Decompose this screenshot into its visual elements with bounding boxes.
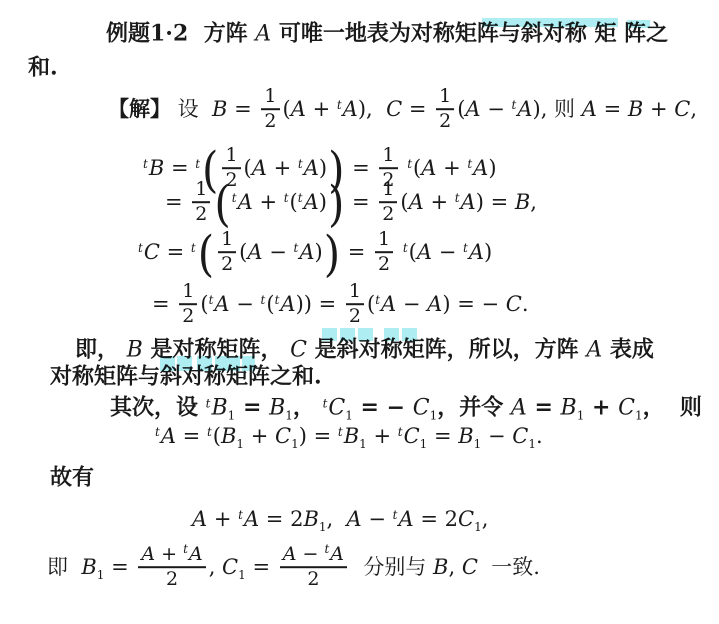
fraction: 12 — [218, 228, 236, 276]
transpose-superscript: t — [455, 192, 460, 206]
text-run: 2 — [264, 110, 276, 132]
uniqueness-derivation: tA = t(B1 + C1) = tB1 + tC1 = B1 − C1. — [155, 423, 543, 449]
derivation-tC-step2: = 12(tA − t(tA)) = 12(tA − A) = − C. — [152, 282, 529, 330]
transpose-superscript: t — [207, 425, 212, 439]
transpose-superscript: t — [232, 192, 237, 206]
line-text: 对称矩阵与斜对称矩阵之和. — [50, 364, 322, 389]
text-run: + — [367, 424, 398, 448]
fraction: 12 — [192, 178, 210, 226]
text-run: 2 — [307, 568, 319, 590]
math-variable: A — [161, 424, 176, 448]
line-text: 和. — [28, 55, 58, 80]
transpose-superscript: t — [298, 192, 303, 206]
math-variable: A — [291, 98, 306, 122]
text-run: ) = − — [442, 293, 505, 317]
text-run: )) = — [296, 293, 343, 317]
math-variable: B — [127, 337, 143, 362]
text-run: = 2 — [259, 507, 303, 531]
text-run: 1 — [439, 85, 451, 107]
math-variable: C — [275, 424, 291, 448]
math-variable: B — [149, 157, 164, 181]
math-variable: B — [212, 98, 227, 122]
text-run: = — [527, 394, 561, 420]
math-variable: A — [299, 241, 314, 265]
equation: tA = t(B1 + C1) = tB1 + tC1 = B1 − C1. — [155, 424, 543, 448]
text-run: 其次，设 — [110, 394, 206, 420]
text-run: 2 — [382, 203, 394, 225]
text-run: 2 — [182, 305, 194, 327]
fraction: 12 — [179, 280, 197, 328]
text-run: 2 — [378, 253, 390, 275]
text-run: 1 — [349, 280, 361, 302]
text-run: 1 — [378, 228, 390, 250]
text-run: 故有 — [50, 464, 94, 490]
math-variable: B — [269, 395, 285, 420]
math-variable: A — [461, 191, 476, 215]
text-run: 1 — [225, 144, 237, 166]
text-run: + — [584, 394, 618, 420]
math-variable: B — [515, 191, 530, 215]
text-run — [188, 20, 203, 46]
math-variable: A — [192, 507, 207, 531]
equation: tB = t(12(A + tA)) = 12 t(A + tA) — [143, 157, 497, 181]
transpose-superscript: t — [398, 425, 403, 439]
transpose-superscript: t — [467, 158, 472, 172]
text-run — [396, 241, 403, 265]
transpose-superscript: t — [209, 294, 214, 308]
subscript: 1 — [285, 408, 293, 422]
math-variable: B — [221, 424, 236, 448]
transpose-superscript: t — [298, 158, 303, 172]
transpose-superscript: t — [337, 99, 342, 113]
math-variable: A — [214, 293, 229, 317]
transpose-superscript: t — [324, 542, 329, 556]
transpose-superscript: t — [155, 425, 160, 439]
math-variable: B — [628, 98, 643, 122]
text-run: − — [296, 543, 324, 565]
text-run: + — [306, 98, 337, 122]
math-variable: A — [409, 191, 424, 215]
subscript: 1 — [635, 408, 643, 422]
math-variable: B — [303, 507, 318, 531]
derivation-tB-step2: = 12(tA + t(tA)) = 12(A + tA) = B, — [165, 180, 537, 228]
math-variable: C — [222, 556, 238, 580]
text-run: ), 则 — [533, 98, 582, 122]
transpose-superscript: t — [206, 396, 211, 410]
text-run: , — [482, 507, 489, 531]
text-run: 即， — [75, 336, 127, 362]
text-run: 1 — [382, 144, 394, 166]
math-variable: B — [212, 395, 228, 420]
text-run: ( — [266, 293, 274, 317]
text-run: + — [207, 507, 238, 531]
text-run: 2 — [195, 203, 207, 225]
math-variable: A — [330, 543, 344, 565]
text-run: 例题1·2 — [106, 20, 188, 46]
text-run: ) = — [299, 424, 338, 448]
transpose-superscript: t — [261, 294, 266, 308]
subscript: 1 — [345, 408, 353, 422]
math-variable: C — [674, 98, 690, 122]
math-variable: C — [404, 424, 420, 448]
text-run: ( — [244, 157, 252, 181]
math-variable: C — [512, 424, 528, 448]
text-run: 1 — [195, 178, 207, 200]
math-variable: A — [343, 98, 358, 122]
text-run: 方阵 — [204, 20, 256, 46]
math-variable: A — [381, 293, 396, 317]
math-variable: A — [427, 293, 442, 317]
text-run: ， 则 — [643, 394, 702, 420]
transpose-superscript: t — [183, 542, 188, 556]
text-run: 1 — [221, 228, 233, 250]
math-variable: A — [582, 98, 597, 122]
text-run: = — [427, 424, 458, 448]
text-run: + — [244, 424, 275, 448]
equation: 即 B1 = A + tA2, C1 = A − tA2 分别与 B, C 一致… — [47, 556, 540, 580]
text-run: − — [481, 98, 512, 122]
math-variable: A — [247, 241, 262, 265]
text-run: − — [396, 293, 427, 317]
text-run: . — [536, 424, 543, 448]
problem-statement: 例题1·2 方阵 A 可唯一地表为对称矩阵与斜对称 矩 阵之 — [106, 20, 668, 48]
text-run: ( — [409, 241, 417, 265]
math-variable: A — [586, 337, 602, 362]
text-run: ( — [400, 191, 408, 215]
math-variable: A — [304, 191, 319, 215]
transpose-superscript: t — [375, 294, 380, 308]
math-variable: C — [458, 507, 474, 531]
math-variable: A — [304, 157, 319, 181]
text-run: ( — [200, 293, 208, 317]
text-run: 2 — [349, 305, 361, 327]
text-run: + — [643, 98, 674, 122]
text-run: = — [402, 98, 433, 122]
transpose-superscript: t — [294, 242, 299, 256]
text-run: − — [481, 424, 512, 448]
line-text: 故有 — [50, 465, 94, 490]
text-run: ( — [290, 191, 298, 215]
text-run: = — [246, 556, 277, 580]
conclusion-text-1: 即， B 是对称矩阵， C 是斜对称矩阵，所以，方阵 A 表成 — [75, 336, 654, 364]
text-run: 【解】 — [108, 97, 171, 122]
transpose-superscript: t — [275, 294, 280, 308]
text-run: − — [432, 241, 463, 265]
text-run: 是斜对称矩阵，所以，方阵 — [307, 336, 586, 362]
subscript: 1 — [474, 520, 482, 534]
transpose-superscript: t — [191, 242, 196, 256]
text-run: ( — [367, 293, 375, 317]
equation: tC = t(12(A − tA)) = 12 t(A − tA) — [138, 241, 492, 265]
text-run: = 2 — [414, 507, 458, 531]
subscript: 1 — [238, 569, 246, 583]
math-variable: A — [517, 98, 532, 122]
equation: A + tA = 2B1, A − tA = 2C1, — [192, 507, 488, 531]
transpose-superscript: t — [338, 425, 343, 439]
text-run: ) — [488, 157, 496, 181]
text-run: 1 — [264, 85, 276, 107]
equation: = 12(tA + t(tA)) = 12(A + tA) = B, — [165, 191, 537, 215]
math-variable: B — [344, 424, 359, 448]
final-conclusion: 即 B1 = A + tA2, C1 = A − tA2 分别与 B, C 一致… — [47, 545, 540, 593]
math-variable: C — [386, 98, 402, 122]
text-run: = — [165, 191, 189, 215]
fraction: 12 — [379, 178, 397, 226]
fraction: 12 — [346, 280, 364, 328]
transpose-superscript: t — [393, 508, 398, 522]
text-run: = — [597, 98, 628, 122]
math-variable: C — [462, 556, 478, 580]
math-variable: A — [244, 507, 259, 531]
equation: = 12(tA − t(tA)) = 12(tA − A) = − C. — [152, 293, 529, 317]
text-run: 对称矩阵与斜对称矩阵之和. — [50, 363, 322, 389]
result-equations: A + tA = 2B1, A − tA = 2C1, — [192, 506, 488, 532]
math-variable: A — [189, 543, 203, 565]
derivation-tC-step1: tC = t(12(A − tA)) = 12 t(A − tA) — [138, 230, 492, 278]
text-run: = — [345, 157, 376, 181]
scanned-textbook-page: 例题1·2 方阵 A 可唯一地表为对称矩阵与斜对称 矩 阵之 和. 【解】 设 … — [0, 0, 719, 624]
math-variable: C — [413, 395, 430, 420]
subscript: 1 — [291, 437, 299, 451]
math-variable: B — [81, 556, 96, 580]
math-variable: B — [458, 424, 473, 448]
text-run: + — [267, 157, 298, 181]
math-variable: A — [255, 21, 271, 46]
text-run: = — [104, 556, 135, 580]
transpose-superscript: t — [463, 242, 468, 256]
text-run: , — [530, 191, 537, 215]
subscript: 1 — [528, 437, 536, 451]
text-run: 分别与 — [350, 556, 433, 580]
math-variable: A — [421, 157, 436, 181]
text-run: , — [327, 507, 347, 531]
text-run: − — [263, 241, 294, 265]
transpose-superscript: t — [143, 158, 148, 172]
text-run: − — [362, 507, 393, 531]
text-run: + — [253, 191, 284, 215]
equation: 【解】 设 B = 12(A + tA), C = 12(A − tA), 则 … — [108, 98, 697, 122]
problem-statement-cont: 和. — [28, 54, 58, 82]
text-run: + — [424, 191, 455, 215]
math-variable: A — [399, 507, 414, 531]
fraction: A + tA2 — [138, 543, 205, 591]
text-run: 1 — [382, 178, 394, 200]
transpose-superscript: t — [138, 242, 143, 256]
text-run: ) — [315, 241, 323, 265]
text-run: 即 — [47, 556, 81, 580]
subscript: 1 — [319, 520, 327, 534]
text-run: 可唯一地表为对称矩阵与斜对称 矩 阵之 — [271, 20, 668, 46]
text-run: ) = — [476, 191, 515, 215]
math-variable: C — [618, 395, 635, 420]
text-run: 1 — [182, 280, 194, 302]
text-run: 和. — [28, 54, 58, 80]
text-run: = — [341, 241, 372, 265]
text-run: 2 — [221, 253, 233, 275]
math-variable: B — [433, 556, 448, 580]
subscript: 1 — [236, 437, 244, 451]
math-variable: A — [141, 543, 155, 565]
fraction: 12 — [375, 228, 393, 276]
transpose-superscript: t — [195, 158, 200, 172]
line-text: 即， B 是对称矩阵， C 是斜对称矩阵，所以，方阵 A 表成 — [75, 337, 654, 362]
text-run: ) — [319, 191, 327, 215]
math-variable: C — [144, 241, 160, 265]
text-run: ) — [319, 157, 327, 181]
text-run: 表成 — [602, 336, 654, 362]
math-variable: A — [283, 543, 297, 565]
text-run: = − — [353, 394, 413, 420]
therefore-text: 故有 — [50, 464, 94, 492]
transpose-superscript: t — [407, 158, 412, 172]
solution-setup: 【解】 设 B = 12(A + tA), C = 12(A − tA), 则 … — [108, 87, 697, 135]
line-text: 例题1·2 方阵 A 可唯一地表为对称矩阵与斜对称 矩 阵之 — [106, 21, 668, 46]
math-variable: A — [465, 98, 480, 122]
text-run: 设 — [171, 98, 212, 122]
text-run: + — [436, 157, 467, 181]
math-variable: B — [561, 395, 577, 420]
text-run: = — [345, 191, 376, 215]
math-variable: A — [417, 241, 432, 265]
text-run: , — [209, 556, 222, 580]
transpose-superscript: t — [238, 508, 243, 522]
fraction: 12 — [436, 85, 454, 133]
text-run: = — [235, 394, 269, 420]
text-run: 2 — [166, 568, 178, 590]
text-run: ( — [213, 424, 221, 448]
text-run: = — [176, 424, 207, 448]
uniqueness-setup: 其次，设 tB1 = B1， tC1 = − C1，并令 A = B1 + C1… — [110, 394, 702, 422]
transpose-superscript: t — [512, 99, 517, 113]
math-variable: A — [469, 241, 484, 265]
text-run: 是对称矩阵， — [143, 336, 290, 362]
text-run: , — [690, 98, 697, 122]
fraction: A − tA2 — [280, 543, 347, 591]
math-variable: A — [473, 157, 488, 181]
conclusion-text-2: 对称矩阵与斜对称矩阵之和. — [50, 363, 322, 391]
math-variable: A — [280, 293, 295, 317]
transpose-superscript: t — [284, 192, 289, 206]
text-run: ， — [293, 394, 323, 420]
math-variable: A — [511, 395, 527, 420]
fraction: 12 — [261, 85, 279, 133]
text-run: ( — [413, 157, 421, 181]
text-run: = — [160, 241, 191, 265]
text-run: ) — [484, 241, 492, 265]
line-text: 其次，设 tB1 = B1， tC1 = − C1，并令 A = B1 + C1… — [110, 395, 702, 420]
transpose-superscript: t — [403, 242, 408, 256]
transpose-superscript: t — [323, 396, 328, 410]
text-run: ( — [283, 98, 291, 122]
subscript: 1 — [359, 437, 367, 451]
math-variable: C — [328, 395, 345, 420]
math-variable: C — [506, 293, 522, 317]
math-variable: A — [238, 191, 253, 215]
text-run: = — [152, 293, 176, 317]
text-run: 一致. — [478, 556, 540, 580]
text-run: ，并令 — [437, 394, 511, 420]
math-variable: A — [252, 157, 267, 181]
text-run: 2 — [439, 110, 451, 132]
math-variable: A — [347, 507, 362, 531]
text-run: − — [230, 293, 261, 317]
text-run: . — [522, 293, 529, 317]
text-run: , — [448, 556, 461, 580]
text-run: = — [164, 157, 195, 181]
math-variable: C — [290, 337, 307, 362]
text-run: = — [227, 98, 258, 122]
text-run: + — [155, 543, 183, 565]
text-run: ), — [358, 98, 386, 122]
